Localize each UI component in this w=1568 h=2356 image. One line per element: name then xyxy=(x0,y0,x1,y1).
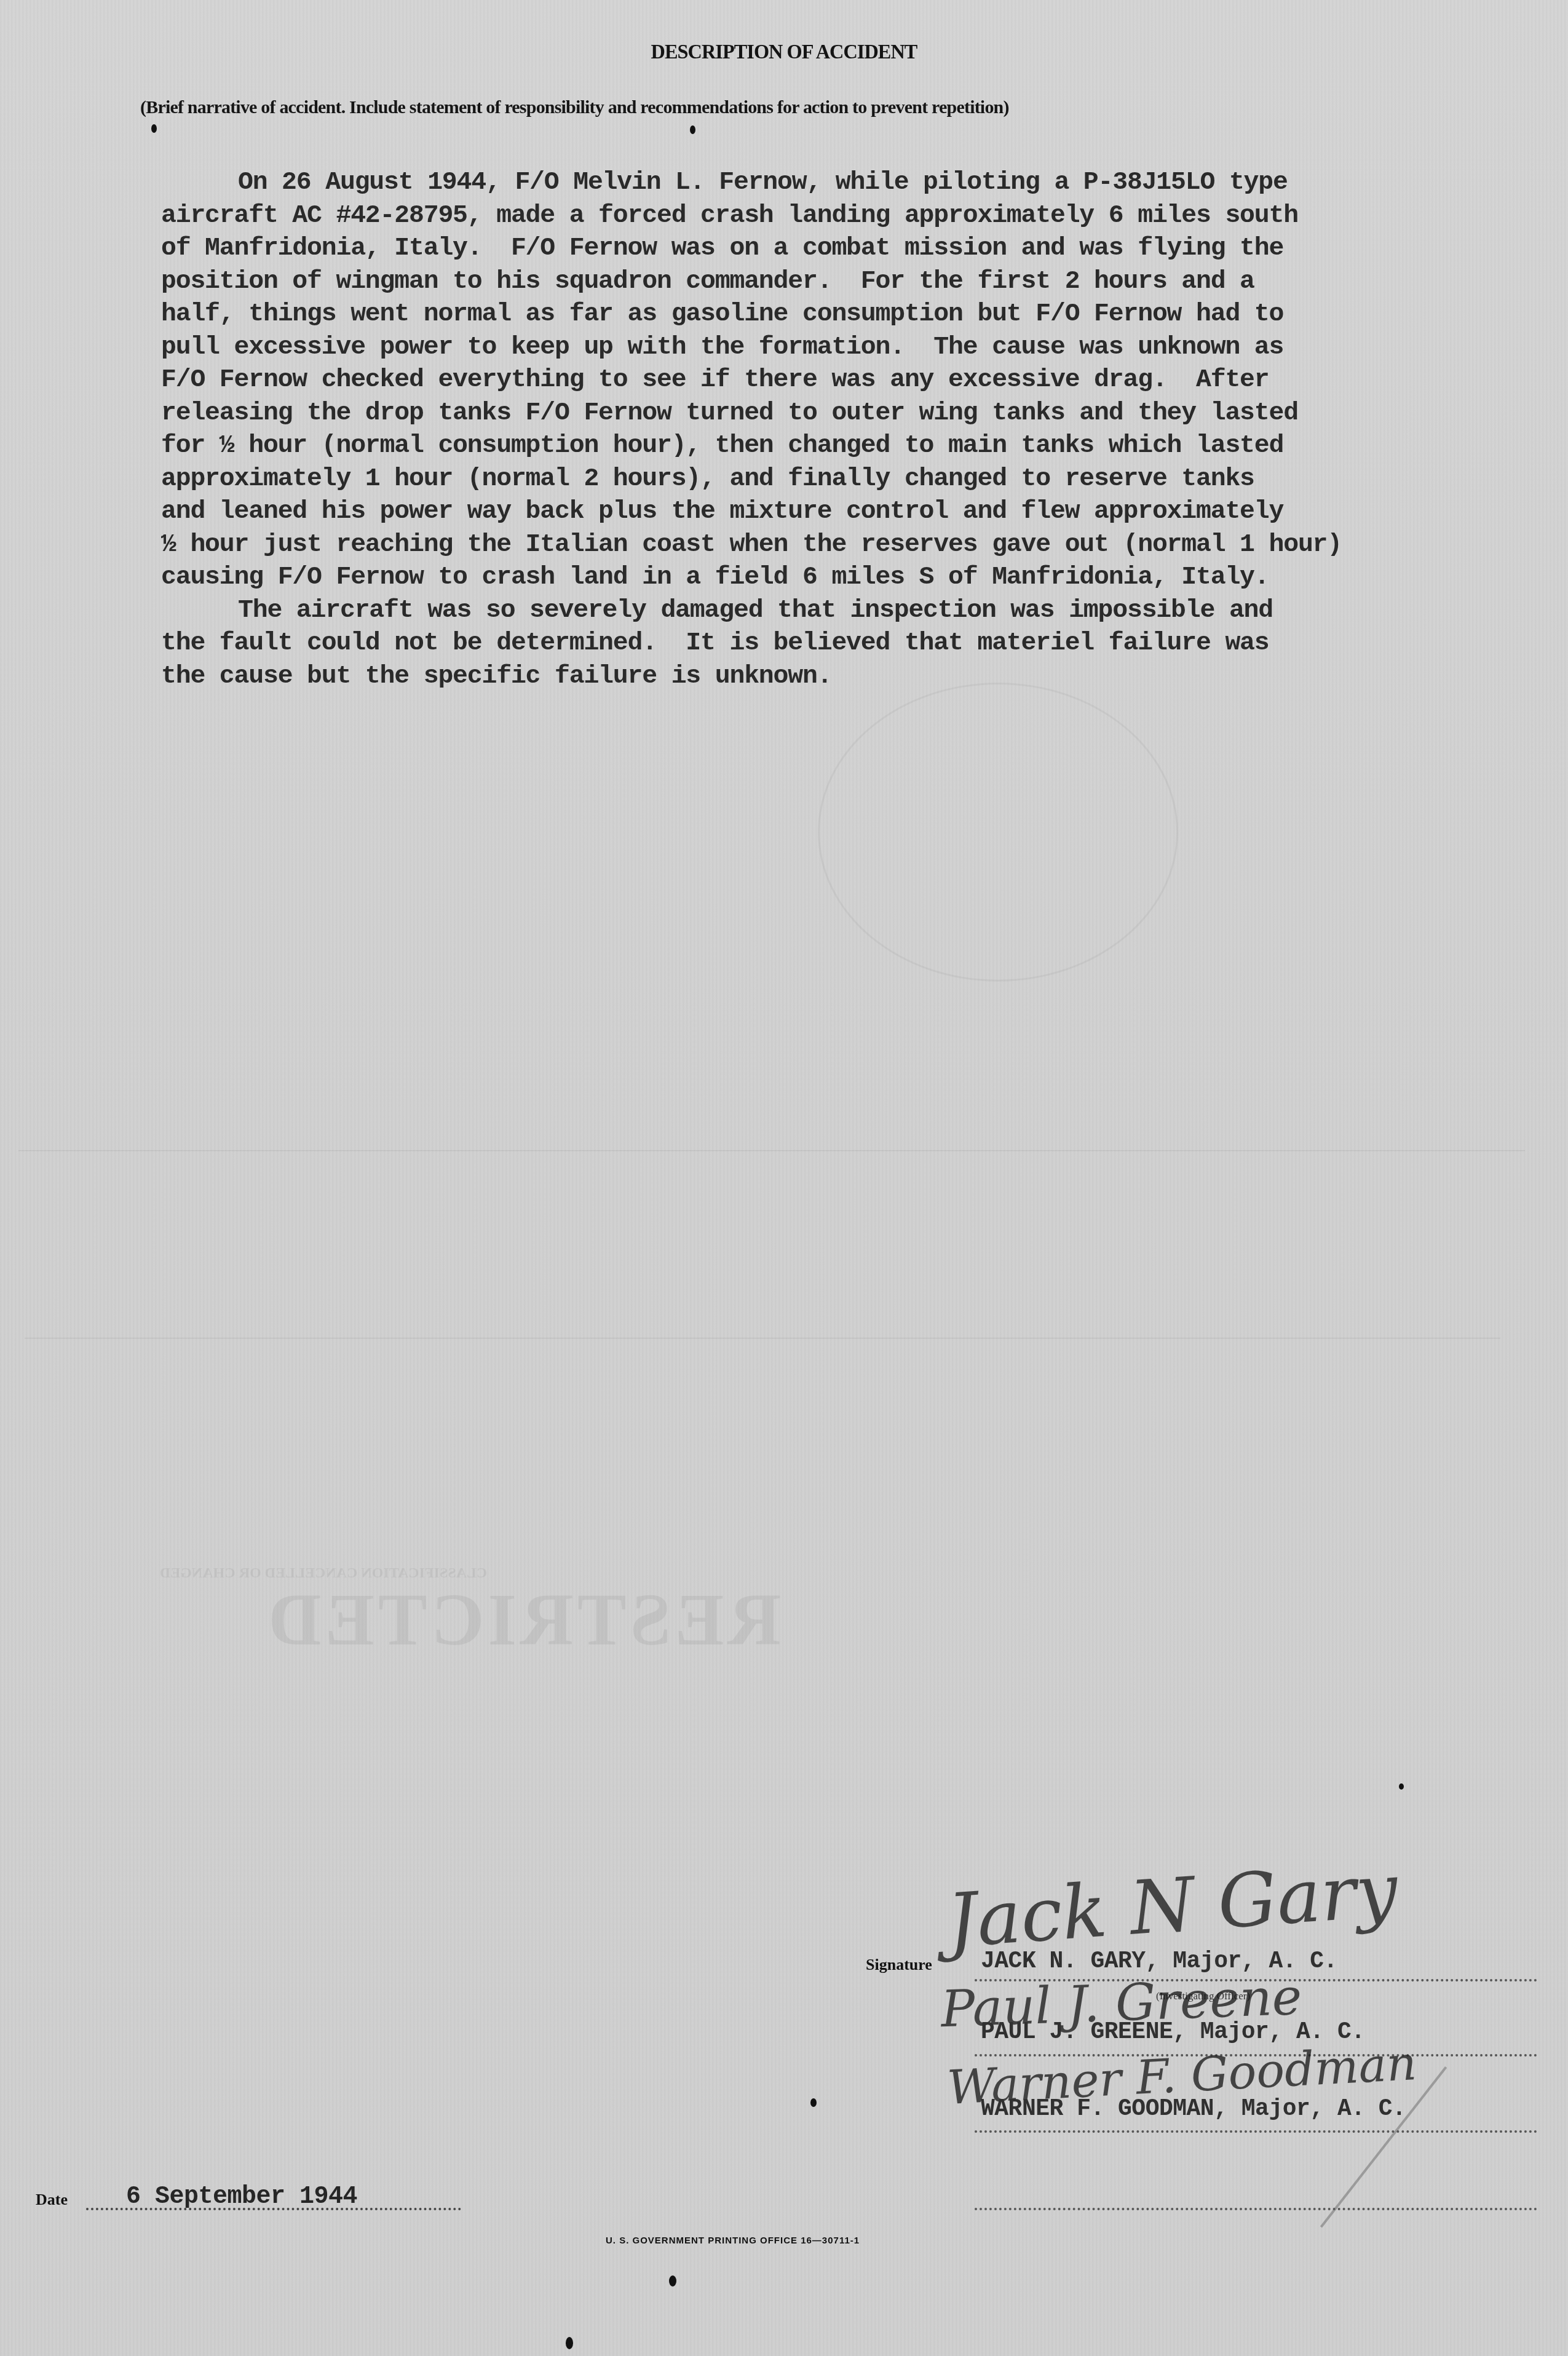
blank-line xyxy=(975,2208,1537,2210)
narrative-line: for ½ hour (normal consumption hour), th… xyxy=(161,429,1514,462)
date-value: 6 September 1944 xyxy=(126,2183,357,2211)
narrative-line: aircraft AC #42-28795, made a forced cra… xyxy=(161,199,1514,232)
narrative-line: approximately 1 hour (normal 2 hours), a… xyxy=(161,462,1514,496)
date-label: Date xyxy=(36,2191,68,2209)
ink-speck xyxy=(810,2098,817,2107)
narrative-line: releasing the drop tanks F/O Fernow turn… xyxy=(161,397,1514,430)
bleed-through-restricted: RESTRICTED xyxy=(264,1577,781,1662)
signature-label: Signature xyxy=(866,1956,932,1974)
narrative-line: ½ hour just reaching the Italian coast w… xyxy=(161,528,1514,561)
typed-signer-3: WARNER F. GOODMAN, Major, A. C. xyxy=(981,2096,1406,2122)
narrative-line: The aircraft was so severely damaged tha… xyxy=(161,594,1514,627)
narrative-line: the cause but the specific failure is un… xyxy=(161,660,1514,693)
narrative-line: half, things went normal as far as gasol… xyxy=(161,298,1514,331)
printing-office-imprint: U. S. GOVERNMENT PRINTING OFFICE 16—3071… xyxy=(606,2235,860,2246)
narrative-line: F/O Fernow checked everything to see if … xyxy=(161,363,1514,397)
accident-narrative: On 26 August 1944, F/O Melvin L. Fernow,… xyxy=(161,166,1514,692)
narrative-line: the fault could not be determined. It is… xyxy=(161,627,1514,660)
bleed-through-line xyxy=(25,1338,1500,1339)
narrative-line: position of wingman to his squadron comm… xyxy=(161,265,1514,298)
narrative-line: of Manfridonia, Italy. F/O Fernow was on… xyxy=(161,232,1514,265)
handwritten-signature-1: Jack N Gary xyxy=(944,1848,1400,1965)
narrative-line: causing F/O Fernow to crash land in a fi… xyxy=(161,561,1514,594)
ink-speck xyxy=(151,124,157,133)
narrative-line: pull excessive power to keep up with the… xyxy=(161,331,1514,364)
narrative-line: On 26 August 1944, F/O Melvin L. Fernow,… xyxy=(161,166,1514,199)
bleed-through-line xyxy=(18,1150,1525,1151)
ink-speck xyxy=(669,2275,676,2287)
form-instruction: (Brief narrative of accident. Include st… xyxy=(140,97,1431,118)
ink-speck xyxy=(690,125,695,134)
faint-stamp-ghost xyxy=(818,683,1178,982)
narrative-line: and leaned his power way back plus the m… xyxy=(161,495,1514,528)
ink-speck xyxy=(566,2337,573,2349)
ink-speck xyxy=(1399,1783,1404,1790)
accident-report-page: DESCRIPTION OF ACCIDENT (Brief narrative… xyxy=(0,0,1568,2356)
signature-line-3 xyxy=(975,2130,1537,2133)
form-title: DESCRIPTION OF ACCIDENT xyxy=(39,41,1529,64)
